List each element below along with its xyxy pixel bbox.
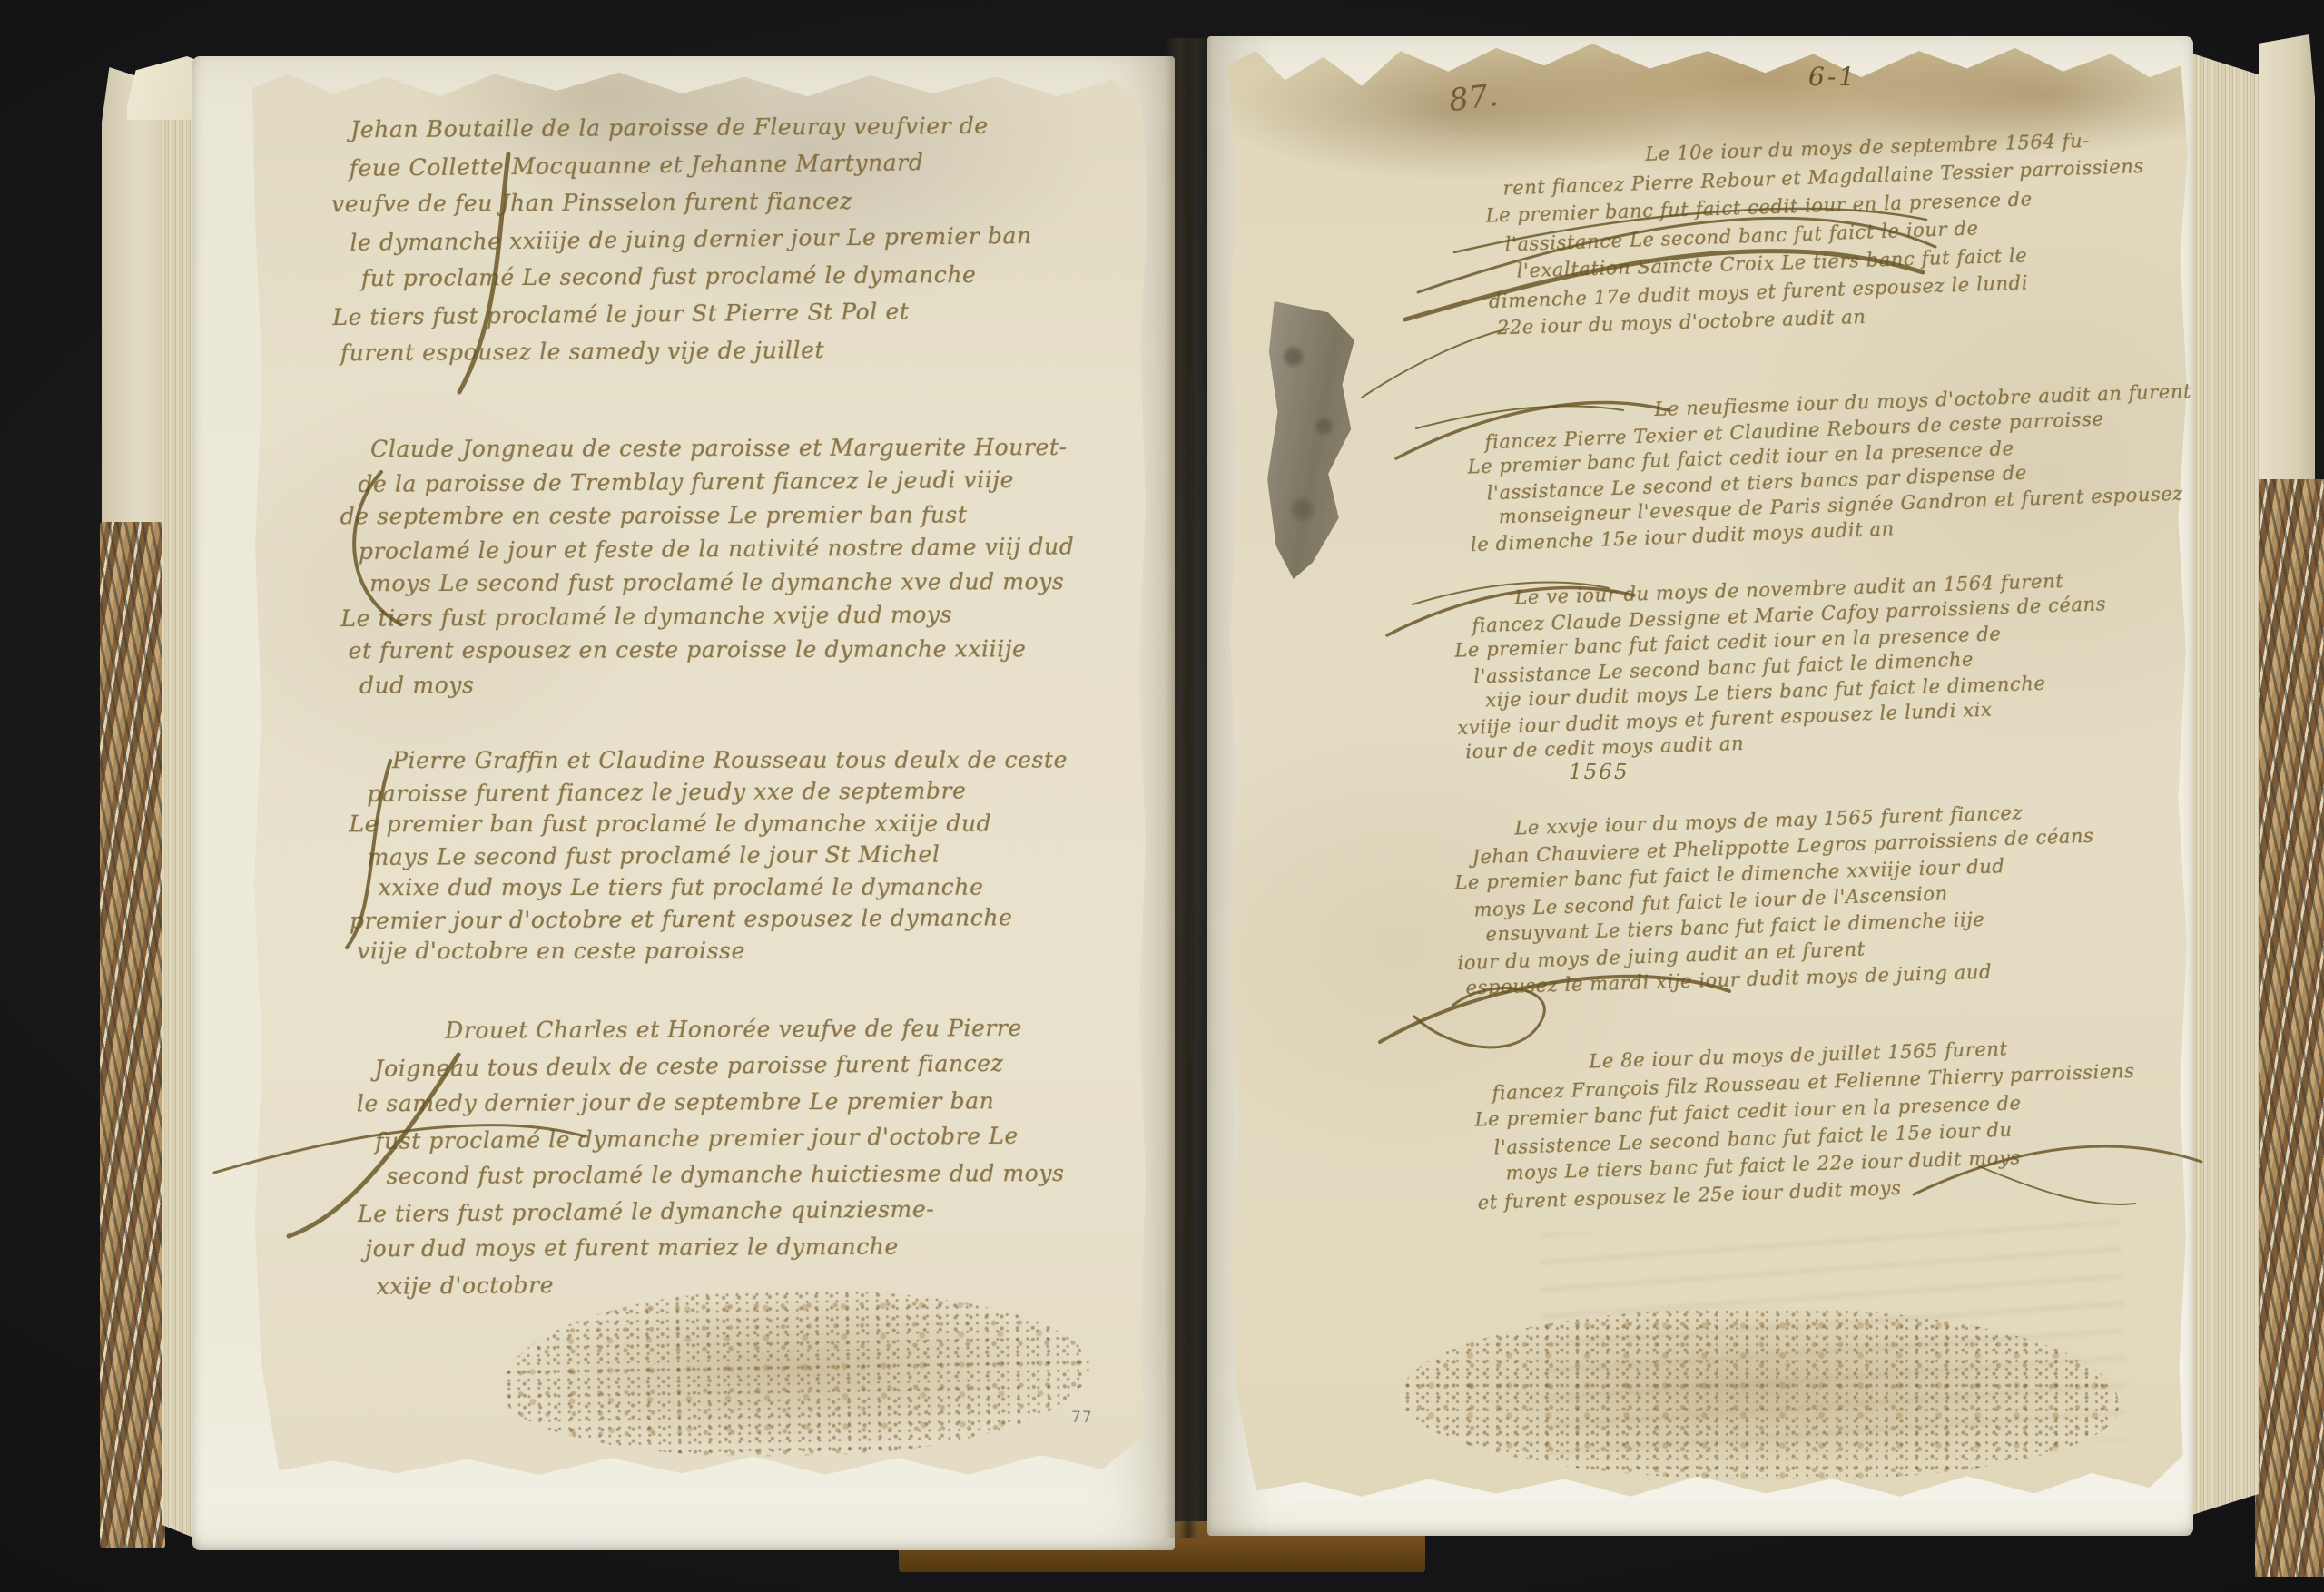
manuscript-line: second fust proclamé le dymanche huictie… bbox=[386, 1155, 1064, 1194]
manuscript-line: paroisse furent fiancez le jeudy xxe de … bbox=[367, 774, 1068, 810]
manuscript-line: xxixe dud moys Le tiers fut proclamé le … bbox=[379, 871, 1068, 904]
manuscript-line: feue Collette Mocquanne et Jehanne Marty… bbox=[349, 142, 1031, 187]
manuscript-entry: Drouet Charles et Honorée veufve de feu … bbox=[363, 1008, 1066, 1305]
manuscript-line: de septembre en ceste paroisse Le premie… bbox=[340, 497, 1075, 533]
folio-number-pencil: 77 bbox=[1071, 1409, 1093, 1427]
manuscript-line: Le premier ban fust proclamé le dymanche… bbox=[349, 808, 1068, 840]
manuscript-line: furent espousez le samedy vije de juille… bbox=[340, 330, 1033, 372]
manuscript-entry: Pierre Graffin et Claudine Rousseau tous… bbox=[356, 742, 1068, 968]
marbled-cover-right bbox=[2255, 479, 2324, 1577]
manuscript-line: Jehan Boutaille de la paroisse de Fleura… bbox=[350, 107, 1030, 149]
cover-edge-right bbox=[2259, 34, 2315, 484]
manuscript-line: Claude Jongneau de ceste paroisse et Mar… bbox=[370, 430, 1074, 466]
manuscript-line: xxije d'octobre bbox=[376, 1263, 1065, 1305]
folio-number-ink: 87. bbox=[1447, 77, 1501, 119]
year-heading: 1565 bbox=[1569, 761, 1630, 784]
header-number: 6-1 bbox=[1808, 62, 1857, 92]
cover-edge-left bbox=[102, 67, 165, 526]
manuscript-line: veufve de feu Jhan Pinsselon furent fian… bbox=[331, 182, 1031, 223]
manuscript-line: Le tiers fust proclamé le dymanche xvije… bbox=[340, 596, 1075, 635]
manuscript-line: fust proclamé le dymanche premier jour d… bbox=[375, 1117, 1064, 1160]
manuscript-entry: Claude Jongneau de ceste paroisse et Mar… bbox=[347, 428, 1076, 703]
manuscript-line: de la paroisse de Tremblay furent fiance… bbox=[358, 462, 1074, 501]
manuscript-line: Joigneau tous deulx de ceste paroisse fu… bbox=[374, 1045, 1063, 1087]
manuscript-line: Drouet Charles et Honorée veufve de feu … bbox=[445, 1010, 1063, 1049]
foxing-stain-left bbox=[499, 1285, 1090, 1460]
manuscript-entry: Jehan Boutaille de la paroisse de Fleura… bbox=[338, 105, 1033, 373]
manuscript-line: Pierre Graffin et Claudine Rousseau tous… bbox=[392, 744, 1068, 777]
manuscript-line: proclamé le jour et feste de la nativité… bbox=[359, 529, 1075, 568]
manuscript-line: mays Le second fust proclamé le jour St … bbox=[368, 838, 1068, 873]
manuscript-line: fut proclamé Le second fust proclamé le … bbox=[361, 256, 1032, 298]
manuscript-entry: Le ve iour du moys de novembre audit an … bbox=[1460, 565, 2111, 766]
manuscript-line: jour dud moys et furent mariez le dymanc… bbox=[365, 1228, 1065, 1267]
manuscript-line: Le tiers fust proclamé le dymanche quinz… bbox=[358, 1190, 1065, 1233]
manuscript-entry: Le neufiesme iour du moys d'octobre audi… bbox=[1472, 378, 2197, 557]
manuscript-entry: Le 10e iour du moys de septembre 1564 fu… bbox=[1491, 124, 2150, 344]
manuscript-photo: { "colors": { "background": "#141416", "… bbox=[0, 0, 2324, 1592]
gutter-shadow bbox=[1164, 38, 1213, 1538]
manuscript-line: le dymanche xxiiije de juing dernier jou… bbox=[350, 217, 1032, 261]
manuscript-line: Le tiers fust proclamé le jour St Pierre… bbox=[332, 291, 1033, 336]
manuscript-line: et furent espousez en ceste paroisse le … bbox=[349, 632, 1076, 667]
manuscript-line: dud moys bbox=[359, 663, 1076, 703]
ink-show-through bbox=[1540, 1214, 2128, 1460]
marbled-cover-left bbox=[100, 522, 165, 1548]
manuscript-line: moys Le second fust proclamé le dymanche… bbox=[369, 565, 1075, 600]
manuscript-line: le samedy dernier jour de septembre Le p… bbox=[357, 1083, 1064, 1122]
manuscript-line: viije d'octobre en ceste paroisse bbox=[357, 935, 1068, 968]
manuscript-line: premier jour d'octobre et furent espouse… bbox=[350, 901, 1068, 937]
manuscript-entry: Le 8e iour du moys de juillet 1565 furen… bbox=[1480, 1030, 2139, 1216]
manuscript-entry: Le xxvje iour du moys de may 1565 furent… bbox=[1460, 797, 2099, 1003]
